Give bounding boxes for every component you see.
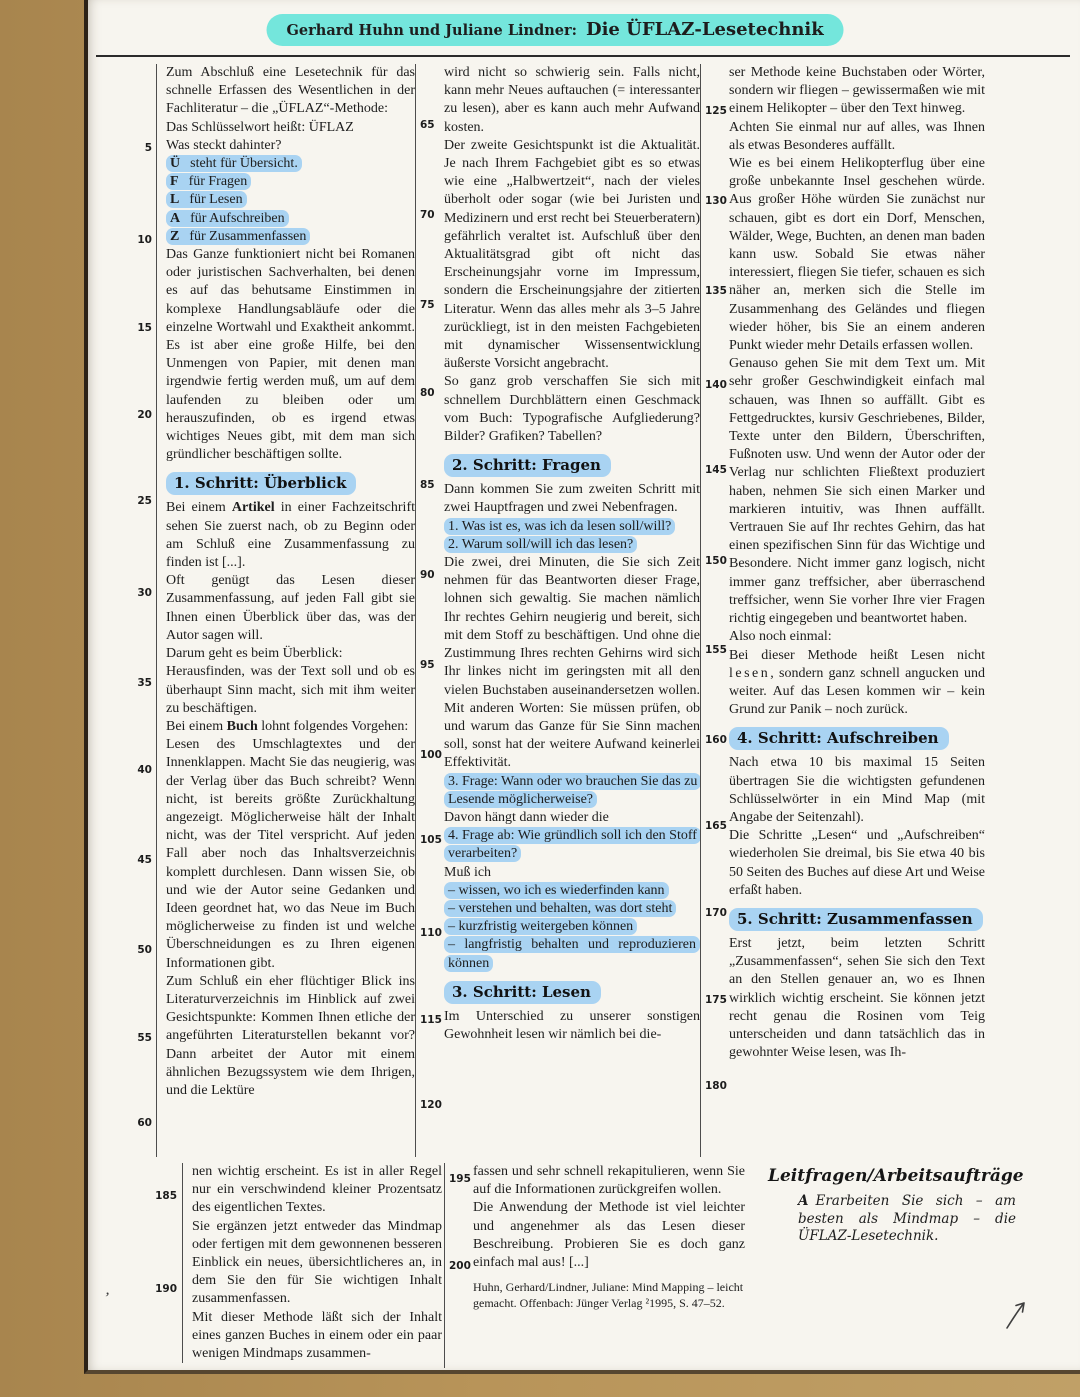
line-number: 135 xyxy=(705,285,727,297)
paragraph: Darum geht es beim Überblick: xyxy=(166,645,415,663)
paragraph: Zum Abschluß eine Lesetechnik für das sc… xyxy=(166,64,415,119)
body-text: Das Schlüsselwort heißt: ÜFLAZ xyxy=(166,120,354,135)
paragraph: Das Schlüsselwort heißt: ÜFLAZ xyxy=(166,119,415,137)
paragraph: 3. Frage: Wann oder wo brauchen Sie das … xyxy=(444,773,700,809)
line-number-gutter: 185190 xyxy=(152,1163,182,1368)
body-text: Genauso gehen Sie mit dem Text um. Mit s… xyxy=(729,356,985,626)
body-text: Bei dieser Methode heißt Lesen nicht xyxy=(729,648,985,663)
highlighted-text: – verstehen und behalten, was dort steht xyxy=(444,900,676,917)
tasks-heading: Leitfragen/Arbeitsaufträge xyxy=(768,1166,1040,1186)
paragraph: wird nicht so schwierig sein. Falls nich… xyxy=(444,64,700,137)
line-number: 35 xyxy=(137,677,152,689)
column-1: 51015202530354045505560 Zum Abschluß ein… xyxy=(132,64,415,1157)
paragraph: Lesen des Umschlagtextes und der Innenkl… xyxy=(166,736,415,973)
body-text: Die Anwendung der Methode ist viel leich… xyxy=(473,1200,745,1270)
section-heading-highlight: 3. Schritt: Lesen xyxy=(444,981,601,1004)
body-text: Herausfinden, was der Text soll und ob e… xyxy=(166,664,415,715)
body-text: lohnt folgendes Vorgehen: xyxy=(258,719,409,734)
line-number: 90 xyxy=(420,569,435,581)
line-number: 100 xyxy=(420,749,442,761)
line-number: 160 xyxy=(705,734,727,746)
paragraph: Im Unterschied zu unserer sonstigen Gewo… xyxy=(444,1008,700,1044)
paragraph: Die zwei, drei Minuten, die Sie sich Zei… xyxy=(444,554,700,772)
body-text: Also noch einmal: xyxy=(729,629,832,644)
body-text: lesen xyxy=(729,666,770,681)
paragraph: Bei einem Artikel in einer Fachzeitschri… xyxy=(166,499,415,572)
paragraph: Die Anwendung der Methode ist viel leich… xyxy=(473,1199,745,1272)
body-text: Die zwei, drei Minuten, die Sie sich Zei… xyxy=(444,555,700,770)
body-text: So ganz grob verschaffen Sie sich mit sc… xyxy=(444,374,700,444)
line-number: 115 xyxy=(420,1014,442,1026)
column-text: wird nicht so schwierig sein. Falls nich… xyxy=(444,64,700,1044)
body-text: Der zweite Gesichtspunkt ist die Aktuali… xyxy=(444,138,700,371)
body-text: Darum geht es beim Überblick: xyxy=(166,646,343,661)
paragraph: Oft genügt das Lesen dieser Zusammenfass… xyxy=(166,572,415,645)
footer-row: 185190 nen wichtig erscheint. Es ist in … xyxy=(152,1163,1040,1368)
body-text: Bei einem xyxy=(166,719,227,734)
section-heading: 1. Schritt: Überblick xyxy=(166,472,415,495)
line-number: 165 xyxy=(705,820,727,832)
task-a-text: Erarbeiten Sie sich – am besten als Mind… xyxy=(798,1193,1016,1244)
column-text: fassen und sehr schnell rekapitulieren, … xyxy=(473,1163,745,1311)
line-number: 170 xyxy=(705,907,727,919)
line-number: 20 xyxy=(137,409,152,421)
body-text: Oft genügt das Lesen dieser Zusammenfass… xyxy=(166,573,415,643)
column-text: Zum Abschluß eine Lesetechnik für das sc… xyxy=(156,64,415,1157)
highlighted-line: Ffür Fragen xyxy=(166,173,415,191)
title-rule xyxy=(96,55,1070,57)
paragraph: – langfristig behalten und reproduzieren… xyxy=(444,936,700,972)
scanned-page: Gerhard Huhn und Juliane Lindner: Die ÜF… xyxy=(84,0,1080,1374)
source-citation: Huhn, Gerhard/Lindner, Juliane: Mind Map… xyxy=(473,1280,745,1311)
line-number-gutter: 195200 xyxy=(446,1163,472,1368)
body-text: Wie es bei einem Helikopterflug über ein… xyxy=(729,156,985,353)
body-text: Sie ergänzen jetzt entweder das Mindmap … xyxy=(192,1219,442,1307)
line-number: 190 xyxy=(155,1283,177,1295)
line-number: 145 xyxy=(705,464,727,476)
body-text: Im Unterschied zu unserer sonstigen Gewo… xyxy=(444,1009,700,1042)
line-number: 5 xyxy=(145,142,152,154)
body-text: Erst jetzt, beim letzten Schritt „Zusamm… xyxy=(729,936,985,1060)
line-number: 125 xyxy=(705,105,727,117)
body-text: Bei einem xyxy=(166,500,232,515)
highlighted-line: Zfür Zusammenfassen xyxy=(166,228,415,246)
paragraph: Dann kommen Sie zum zweiten Schritt mit … xyxy=(444,481,700,517)
highlighted-text: – wissen, wo ich es wiederfinden kann xyxy=(444,882,669,899)
pen-arrow-icon xyxy=(1004,1299,1030,1336)
section-heading: 5. Schritt: Zusammenfassen xyxy=(729,908,985,931)
line-number: 175 xyxy=(705,994,727,1006)
line-number-gutter: 125130135140145150155160165170175180 xyxy=(702,64,728,1157)
paragraph: Zum Schluß ein eher flüchtiger Blick ins… xyxy=(166,973,415,1100)
paragraph: Mit dieser Methode läßt sich der Inhalt … xyxy=(192,1309,442,1364)
line-number: 150 xyxy=(705,555,727,567)
body-text: Das Ganze funktioniert nicht bei Romanen… xyxy=(166,247,415,462)
highlighted-text: 4. Frage ab: Wie gründlich soll ich den … xyxy=(444,827,700,862)
line-number: 110 xyxy=(420,927,442,939)
body-text: wird nicht so schwierig sein. Falls nich… xyxy=(444,65,700,135)
text-columns: 51015202530354045505560 Zum Abschluß ein… xyxy=(132,64,985,1157)
line-number: 200 xyxy=(449,1260,471,1272)
footer-column-left: 185190 nen wichtig erscheint. Es ist in … xyxy=(152,1163,444,1368)
column-text: ser Methode keine Buchstaben oder Wörter… xyxy=(729,64,985,1062)
paragraph: nen wichtig erscheint. Es ist in aller R… xyxy=(192,1163,442,1218)
paragraph: Achten Sie einmal nur auf alles, was Ihn… xyxy=(729,119,985,155)
section-heading: 2. Schritt: Fragen xyxy=(444,454,700,477)
line-number: 155 xyxy=(705,644,727,656)
line-number: 140 xyxy=(705,379,727,391)
task-a: AErarbeiten Sie sich – am besten als Min… xyxy=(798,1193,1016,1246)
paragraph: Also noch einmal: xyxy=(729,628,985,646)
line-number: 95 xyxy=(420,659,435,671)
body-text: nen wichtig erscheint. Es ist in aller R… xyxy=(192,1164,442,1215)
title-authors: Gerhard Huhn und Juliane Lindner: xyxy=(287,22,577,39)
highlighted-text: 3. Frage: Wann oder wo brauchen Sie das … xyxy=(444,773,700,808)
paragraph: Der zweite Gesichtspunkt ist die Aktuali… xyxy=(444,137,700,374)
tasks-box: Leitfragen/Arbeitsaufträge AErarbeiten S… xyxy=(768,1163,1040,1368)
section-heading: 3. Schritt: Lesen xyxy=(444,981,700,1004)
section-heading-highlight: 5. Schritt: Zusammenfassen xyxy=(729,908,983,931)
highlighted-text: – kurzfristig weitergeben können xyxy=(444,918,637,935)
line-number: 120 xyxy=(420,1099,442,1111)
line-number-gutter: 51015202530354045505560 xyxy=(132,64,156,1157)
body-text: Zum Schluß ein eher flüchtiger Blick ins… xyxy=(166,974,415,1098)
body-text: Mit dieser Methode läßt sich der Inhalt … xyxy=(192,1310,442,1361)
highlighted-line: 2. Warum soll/will ich das lesen? xyxy=(444,536,700,554)
body-text: fassen und sehr schnell rekapitulieren, … xyxy=(473,1164,745,1197)
line-number: 25 xyxy=(137,495,152,507)
paragraph: Herausfinden, was der Text soll und ob e… xyxy=(166,663,415,718)
line-number: 75 xyxy=(420,299,435,311)
highlighted-line: Lfür Lesen xyxy=(166,191,415,209)
body-text: Die Schritte „Lesen“ und „Aufschreiben“ … xyxy=(729,828,985,898)
line-number: 105 xyxy=(420,834,442,846)
column-3: 125130135140145150155160165170175180 ser… xyxy=(700,64,985,1157)
paragraph: Die Schritte „Lesen“ und „Aufschreiben“ … xyxy=(729,827,985,900)
paragraph: Erst jetzt, beim letzten Schritt „Zusamm… xyxy=(729,935,985,1062)
line-number: 55 xyxy=(137,1032,152,1044)
body-text: Muß ich xyxy=(444,865,491,880)
line-number: 40 xyxy=(137,764,152,776)
paragraph: Das Ganze funktioniert nicht bei Romanen… xyxy=(166,246,415,464)
paragraph: Davon hängt dann wieder die xyxy=(444,809,700,827)
line-number: 30 xyxy=(137,587,152,599)
body-text: Buch xyxy=(227,719,258,734)
line-number: 70 xyxy=(420,209,435,221)
body-text: Artikel xyxy=(232,500,275,515)
line-number: 195 xyxy=(449,1173,471,1185)
paragraph: Sie ergänzen jetzt entweder das Mindmap … xyxy=(192,1218,442,1309)
body-text: Davon hängt dann wieder die xyxy=(444,810,609,825)
section-heading-highlight: 4. Schritt: Aufschreiben xyxy=(729,727,949,750)
task-a-label: A xyxy=(798,1193,808,1209)
section-heading: 4. Schritt: Aufschreiben xyxy=(729,727,985,750)
highlighted-line: Afür Aufschreiben xyxy=(166,210,415,228)
body-text: Zum Abschluß eine Lesetechnik für das sc… xyxy=(166,65,415,116)
paragraph: Genauso gehen Sie mit dem Text um. Mit s… xyxy=(729,355,985,628)
line-number-gutter: 65707580859095100105110115120 xyxy=(417,64,443,1157)
line-number: 85 xyxy=(420,479,435,491)
line-number: 180 xyxy=(705,1080,727,1092)
body-text: Dann kommen Sie zum zweiten Schritt mit … xyxy=(444,482,700,515)
page-title: Gerhard Huhn und Juliane Lindner: Die ÜF… xyxy=(267,14,844,46)
paragraph: Was steckt dahinter? xyxy=(166,137,415,155)
body-text: ser Methode keine Buchstaben oder Wörter… xyxy=(729,65,985,116)
highlighted-text: – langfristig behalten und reproduzieren… xyxy=(444,936,700,971)
line-number: 10 xyxy=(137,234,152,246)
line-number: 80 xyxy=(420,387,435,399)
body-text: Was steckt dahinter? xyxy=(166,138,282,153)
title-work: Die ÜFLAZ-Lesetechnik xyxy=(586,19,824,40)
column-text: nen wichtig erscheint. Es ist in aller R… xyxy=(182,1163,442,1363)
body-text: Lesen des Umschlagtextes und der Innenkl… xyxy=(166,737,415,970)
paragraph: – wissen, wo ich es wiederfinden kann xyxy=(444,882,700,900)
body-text: Achten Sie einmal nur auf alles, was Ihn… xyxy=(729,120,985,153)
paragraph: Nach etwa 10 bis maximal 15 Seiten übert… xyxy=(729,754,985,827)
line-number: 65 xyxy=(420,119,435,131)
footer-column-middle: 195200 fassen und sehr schnell rekapitul… xyxy=(444,1163,746,1368)
section-heading-highlight: 2. Schritt: Fragen xyxy=(444,454,611,477)
line-number: 45 xyxy=(137,854,152,866)
highlighted-line: Üsteht für Übersicht. xyxy=(166,155,415,173)
paragraph: fassen und sehr schnell rekapitulieren, … xyxy=(473,1163,745,1199)
paragraph: Wie es bei einem Helikopterflug über ein… xyxy=(729,155,985,355)
paragraph: – verstehen und behalten, was dort steht xyxy=(444,900,700,918)
paragraph: Bei einem Buch lohnt folgendes Vorgehen: xyxy=(166,718,415,736)
column-2: 65707580859095100105110115120 wird nicht… xyxy=(415,64,700,1157)
paragraph: Bei dieser Methode heißt Lesen nicht les… xyxy=(729,647,985,720)
paragraph: Muß ich xyxy=(444,864,700,882)
line-number: 185 xyxy=(155,1190,177,1202)
paragraph: So ganz grob verschaffen Sie sich mit sc… xyxy=(444,373,700,446)
pen-tick-mark: ’ xyxy=(103,1290,111,1309)
paragraph: 4. Frage ab: Wie gründlich soll ich den … xyxy=(444,827,700,863)
paragraph: ser Methode keine Buchstaben oder Wörter… xyxy=(729,64,985,119)
line-number: 50 xyxy=(137,944,152,956)
line-number: 15 xyxy=(137,322,152,334)
paragraph: – kurzfristig weitergeben können xyxy=(444,918,700,936)
section-heading-highlight: 1. Schritt: Überblick xyxy=(166,472,356,495)
line-number: 60 xyxy=(137,1117,152,1129)
line-number: 130 xyxy=(705,195,727,207)
highlighted-line: 1. Was ist es, was ich da lesen soll/wil… xyxy=(444,518,700,536)
body-text: Nach etwa 10 bis maximal 15 Seiten übert… xyxy=(729,755,985,825)
